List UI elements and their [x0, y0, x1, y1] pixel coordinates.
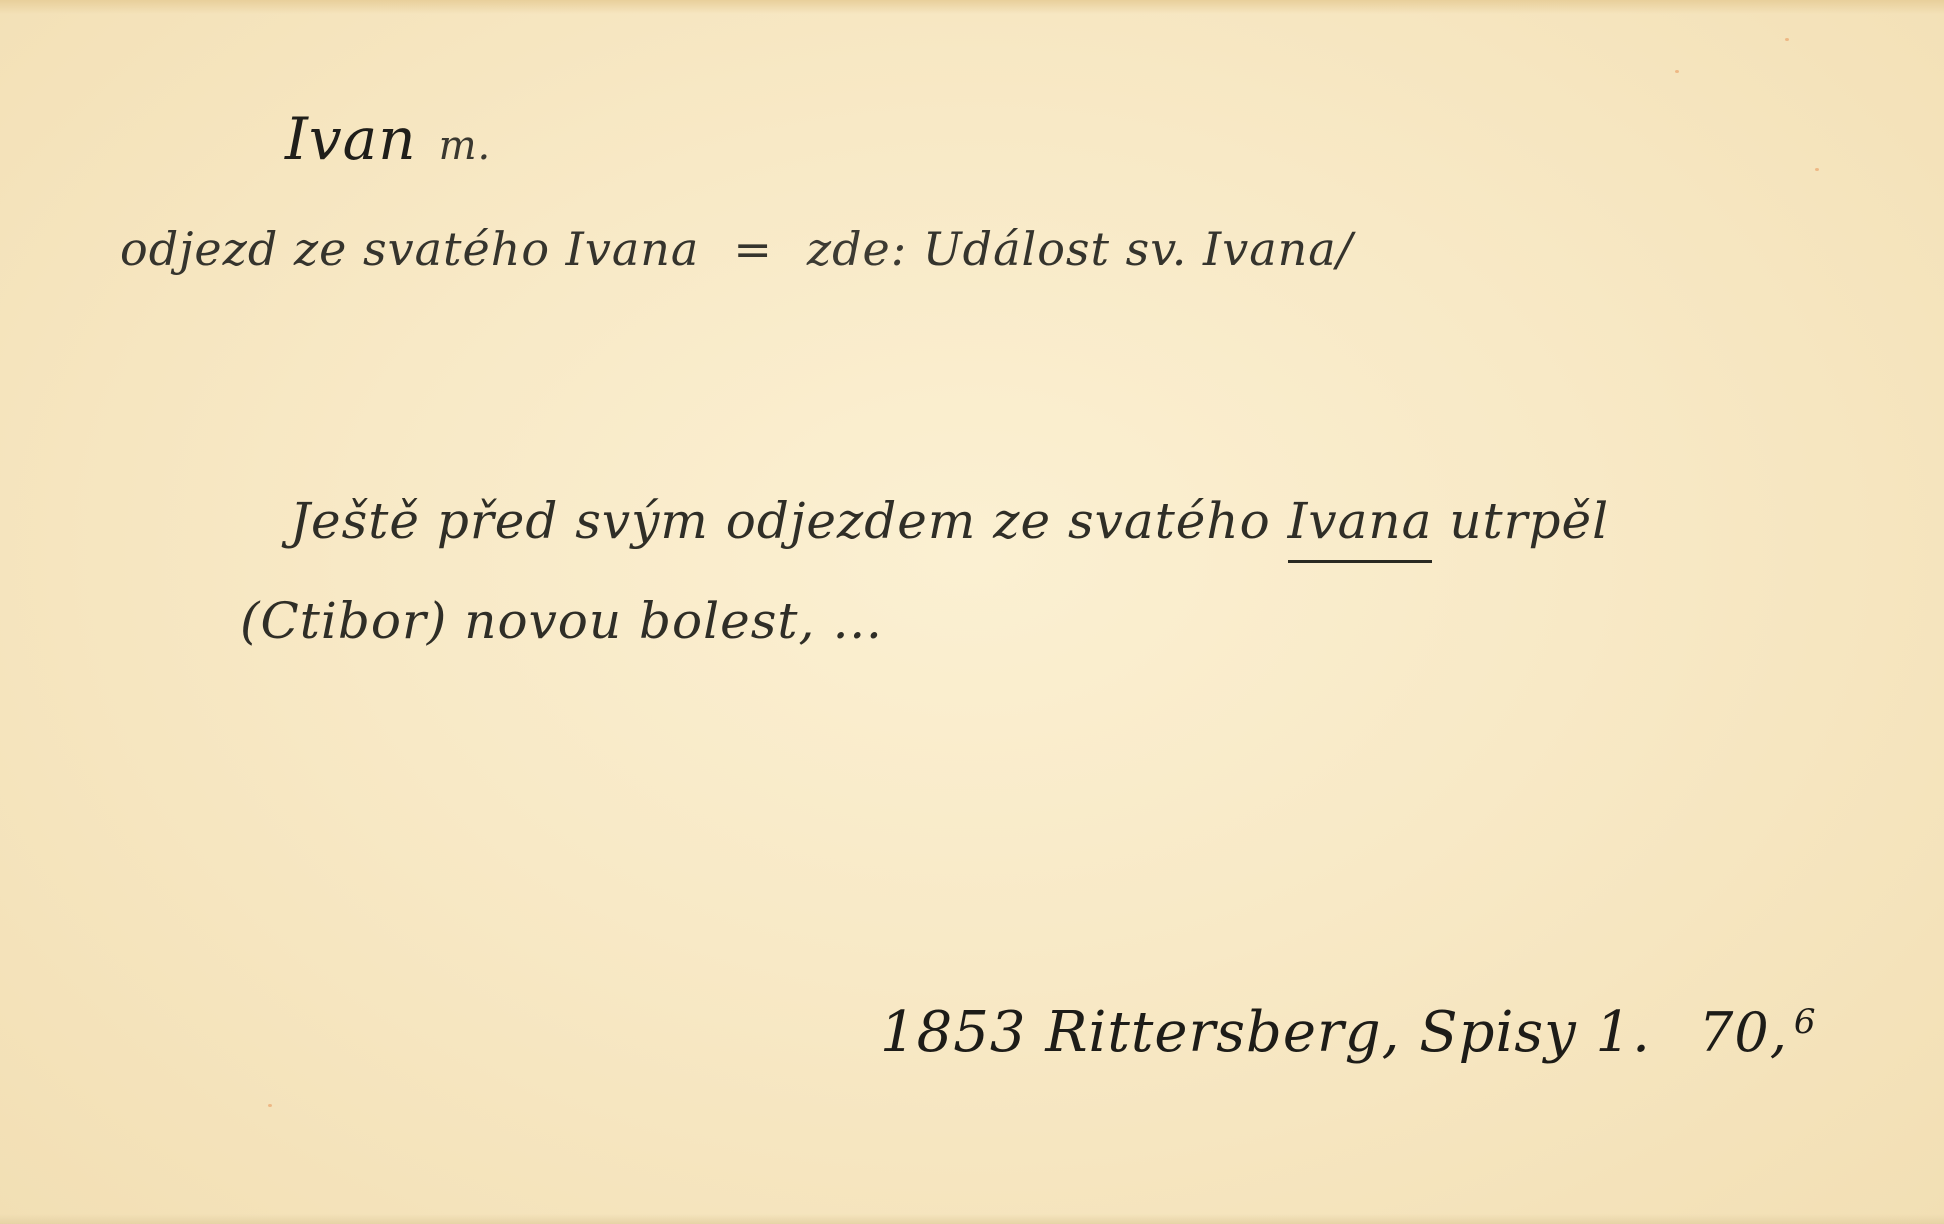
headword-gender: m.	[439, 123, 492, 169]
crossref-see-label: zde:	[807, 222, 907, 276]
quote-text-line2: (Ctibor) novou bolest, …	[240, 592, 883, 650]
paper-speck	[1785, 38, 1789, 41]
crossref-target: Událost sv. Ivana/	[923, 222, 1353, 276]
paper-speck	[1675, 70, 1679, 73]
source-text: 1853 Rittersberg, Spisy 1.	[880, 1000, 1651, 1065]
index-card: Ivanm. odjezd ze svatého Ivana=zde: Udál…	[0, 0, 1944, 1224]
source-line-number: 6	[1794, 1002, 1817, 1042]
source-page-number: 70,	[1699, 1001, 1788, 1064]
headword-lemma: Ivan	[285, 105, 417, 173]
quote-text-after: utrpěl	[1449, 492, 1609, 550]
paper-speck	[1815, 168, 1819, 171]
paper-speck	[268, 1104, 272, 1107]
source-citation: 1853 Rittersberg, Spisy 1.70,6	[880, 1000, 1817, 1065]
crossref-phrase: odjezd ze svatého Ivana	[120, 222, 699, 276]
quote-keyword-underlined: Ivana	[1288, 492, 1433, 563]
source-page: 70,6	[1699, 1001, 1817, 1064]
headword: Ivanm.	[285, 105, 491, 173]
crossref-equals: =	[733, 222, 773, 276]
quote-line-2: (Ctibor) novou bolest, …	[240, 592, 883, 650]
cross-reference: odjezd ze svatého Ivana=zde: Událost sv.…	[120, 222, 1353, 276]
quote-text-before: Ještě před svým odjezdem ze svatého	[290, 492, 1271, 550]
quote-line-1: Ještě před svým odjezdem ze svatého Ivan…	[290, 492, 1609, 550]
